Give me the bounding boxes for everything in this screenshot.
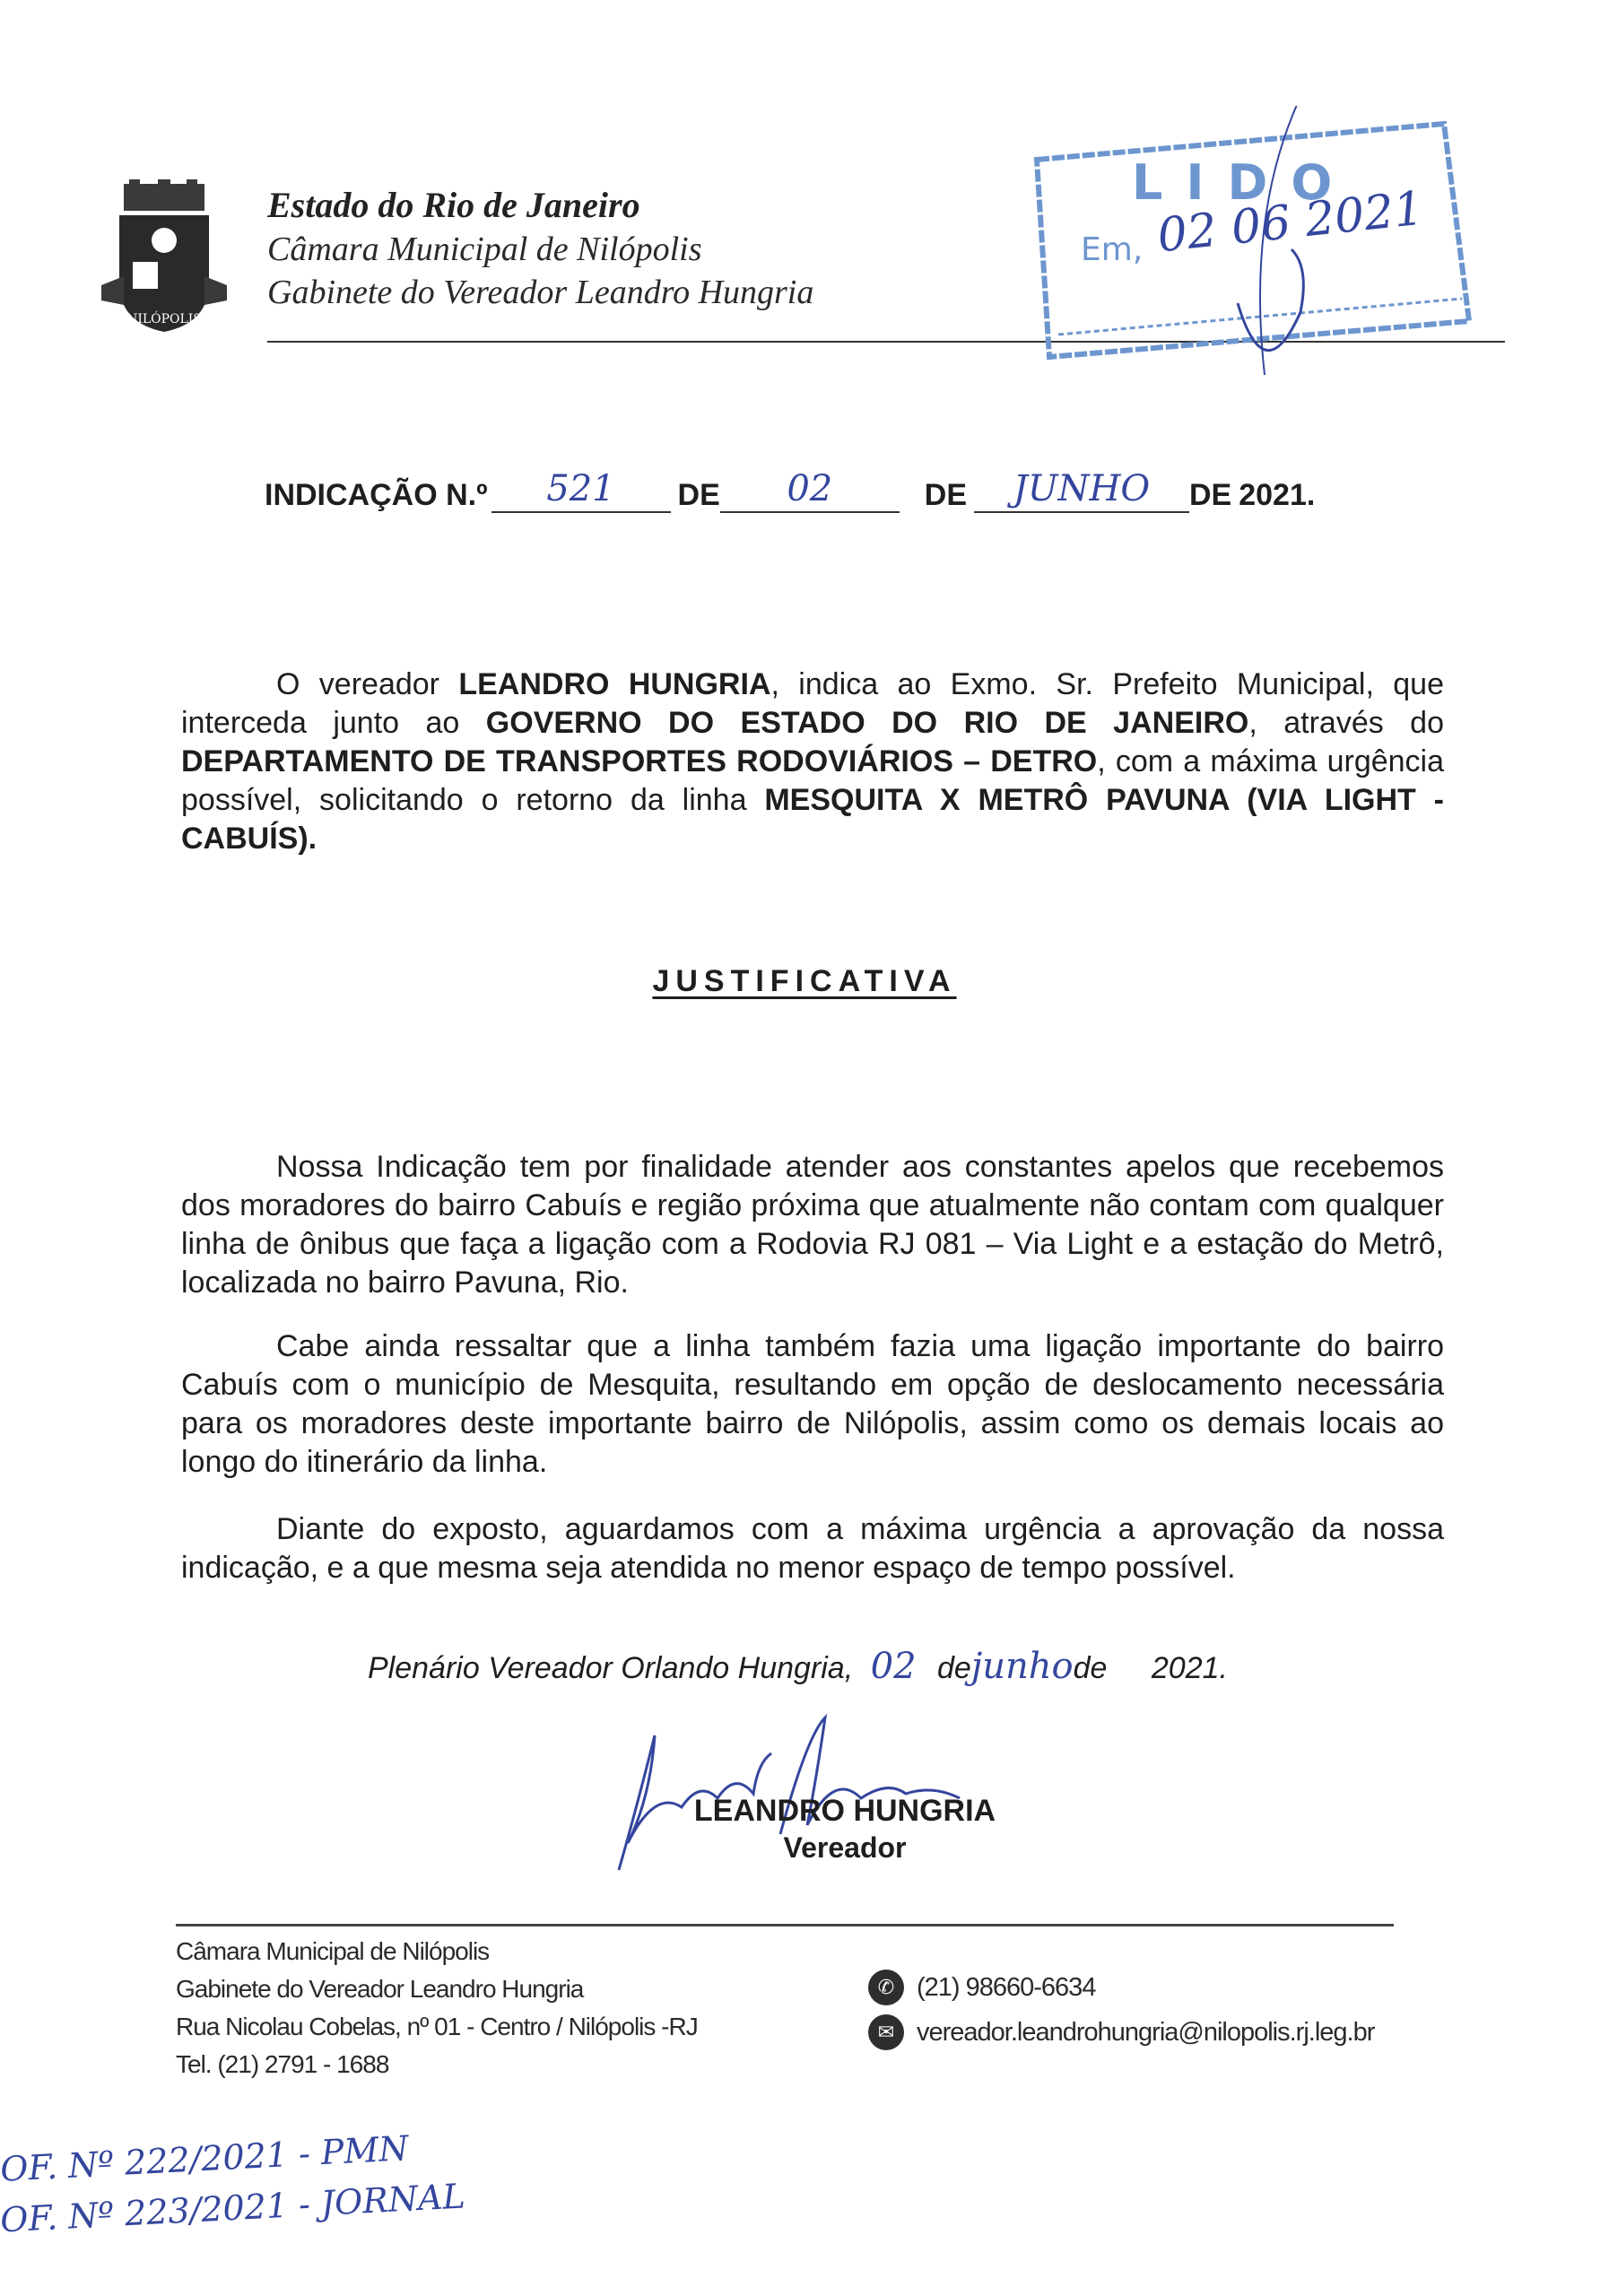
indicacao-de-3: DE xyxy=(1189,478,1231,513)
handwritten-note-1: OF. Nº 222/2021 - PMN xyxy=(0,2128,410,2189)
indicacao-number-field: 521 xyxy=(491,475,671,513)
footer-office: Gabinete do Vereador Leandro Hungria xyxy=(176,1975,583,2004)
footer-address: Rua Nicolau Cobelas, nº 01 - Centro / Ni… xyxy=(176,2013,698,2041)
header-subtitle-office: Gabinete do Vereador Leandro Hungria xyxy=(267,273,813,312)
header-subtitle-chamber: Câmara Municipal de Nilópolis xyxy=(267,230,702,269)
state-government: GOVERNO DO ESTADO DO RIO DE JANEIRO xyxy=(486,706,1249,740)
indicacao-prefix: INDICAÇÃO N.º xyxy=(265,478,488,513)
indicacao-de-2: DE xyxy=(925,478,967,513)
header-title: Estado do Rio de Janeiro xyxy=(267,184,640,226)
phone-number[interactable]: (21) 98660-6634 xyxy=(917,1973,1095,2003)
whatsapp-icon: ✆ xyxy=(868,1970,904,2005)
envelope-icon: ✉ xyxy=(868,2014,904,2050)
justificativa-paragraph-2: Cabe ainda ressaltar que a linha também … xyxy=(181,1327,1444,1482)
indicacao-month-field: JUNHO xyxy=(974,475,1189,513)
indicacao-day-field: 02 xyxy=(720,475,900,513)
footer-phone: ✆ (21) 98660-6634 xyxy=(868,1970,1095,2005)
indicacao-de-1: DE xyxy=(678,478,720,513)
indicacao-year: 2021. xyxy=(1239,478,1315,513)
indicacao-line: INDICAÇÃO N.º 521 DE 02 DE JUNHO DE 2021… xyxy=(265,475,1315,513)
footer-chamber: Câmara Municipal de Nilópolis xyxy=(176,1937,489,1966)
justificativa-paragraph-1: Nossa Indicação tem por finalidade atend… xyxy=(181,1148,1444,1302)
closing-day-handwritten: 02 xyxy=(871,1646,917,1687)
handwritten-note-2: OF. Nº 223/2021 - JORNAL xyxy=(0,2176,466,2239)
municipal-crest-icon: NILÓPOLIS xyxy=(97,179,231,336)
justificativa-heading: JUSTIFICATIVA xyxy=(0,964,1609,999)
closing-month-handwritten: junho xyxy=(971,1646,1074,1687)
footer-telephone: Tel. (21) 2791 - 1688 xyxy=(176,2050,388,2079)
indicacao-paragraph: O vereador LEANDRO HUNGRIA, indica ao Ex… xyxy=(181,665,1444,858)
footer-email: ✉ vereador.leandrohungria@nilopolis.rj.l… xyxy=(868,2014,1374,2050)
email-address[interactable]: vereador.leandrohungria@nilopolis.rj.leg… xyxy=(917,2018,1374,2048)
signatory-role: Vereador xyxy=(0,1831,1609,1865)
detro-department: DEPARTAMENTO DE TRANSPORTES RODOVIÁRIOS … xyxy=(181,744,1097,778)
councilor-name: LEANDRO HUNGRIA xyxy=(458,667,770,701)
stamp-em-label: Em, xyxy=(1081,231,1143,268)
justificativa-paragraph-3: Diante do exposto, aguardamos com a máxi… xyxy=(181,1510,1444,1587)
footer-divider xyxy=(176,1924,1394,1926)
signatory-name: LEANDRO HUNGRIA xyxy=(0,1794,1609,1829)
closing-place-date: Plenário Vereador Orlando Hungria, 02 de… xyxy=(368,1646,1228,1687)
svg-text:NILÓPOLIS: NILÓPOLIS xyxy=(126,310,202,326)
